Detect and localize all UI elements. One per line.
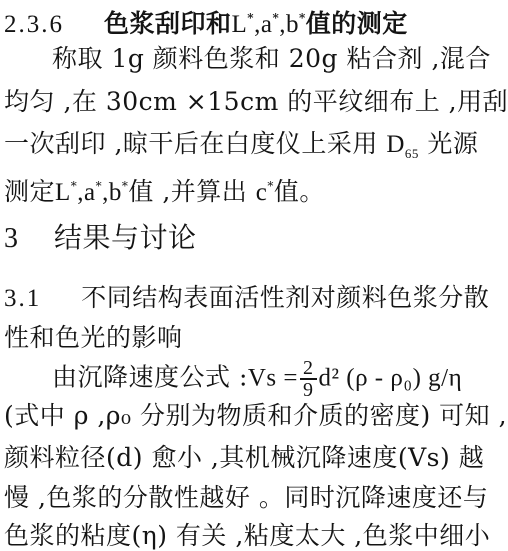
formula-line: 由沉降速度公式 :Vs =29d² (ρ - ρ₀) g/η xyxy=(52,358,462,400)
paragraph-line: 一次刮印 ,晾干后在白度仪上采用 D65 光源 xyxy=(4,128,478,170)
heading-text-pre: 色浆刮印和 xyxy=(104,9,232,38)
a-value: ,a xyxy=(77,179,95,206)
text: 值。 xyxy=(274,177,325,206)
section-3-heading: 3结果与讨论 xyxy=(4,222,197,255)
paragraph-line: 色浆的粘度(η) 有关 ,粘度太大 ,色浆中细小 xyxy=(4,520,490,551)
text: 光源 xyxy=(419,129,478,158)
heading-L: L xyxy=(232,11,248,38)
denominator: 9 xyxy=(300,380,317,400)
section-number: 3 xyxy=(4,223,20,254)
paragraph-line: 称取 1g 颜料色浆和 20g 粘合剂 ,混合 xyxy=(52,43,491,75)
section-title: 结果与讨论 xyxy=(54,221,197,254)
text: 由沉降速度公式 : xyxy=(52,363,248,392)
section-number: 2.3.6 xyxy=(4,11,64,38)
formula-lhs: Vs = xyxy=(248,365,298,392)
section-title: 不同结构表面活性剂对颜料色浆分散 xyxy=(81,283,489,312)
illuminant-D: D xyxy=(386,131,405,158)
superscript-star: * xyxy=(299,11,306,25)
text: 测定 xyxy=(4,177,55,206)
paragraph-line: 测定L*,a*,b*值 ,并算出 c*值。 xyxy=(4,170,325,209)
illuminant-subscript: 65 xyxy=(405,146,419,161)
section-number: 3.1 xyxy=(4,285,41,312)
heading-text-post: 值的测定 xyxy=(306,9,408,38)
section-3-1-heading: 3.1不同结构表面活性剂对颜料色浆分散 xyxy=(4,282,489,315)
heading-b: ,b xyxy=(279,11,299,38)
paragraph-line: 均匀 ,在 30cm ×15cm 的平纹细布上 ,用刮刀 xyxy=(4,86,508,118)
text: 一次刮印 ,晾干后在白度仪上采用 xyxy=(4,129,386,158)
c-value: c xyxy=(256,179,268,206)
heading-a: ,a xyxy=(254,11,272,38)
paragraph-line: (式中 ρ ,ρ₀ 分别为物质和介质的密度) 可知 , xyxy=(4,400,507,432)
section-2-3-6-heading: 2.3.6色浆刮印和L*,a*,b*值的测定 xyxy=(4,2,408,41)
b-value: ,b xyxy=(102,179,122,206)
fraction: 29 xyxy=(300,358,317,400)
L-value: L xyxy=(55,179,71,206)
paragraph-line: 颜料粒径(d) 愈小 ,其机械沉降速度(Vs) 越 xyxy=(4,442,484,474)
text: 值 ,并算出 xyxy=(128,177,255,206)
section-3-1-heading-cont: 性和色光的影响 xyxy=(4,322,183,354)
paragraph-line: 慢 ,色浆的分散性越好 。同时沉降速度还与 xyxy=(4,482,488,514)
numerator: 2 xyxy=(300,358,317,380)
formula-rhs: d² (ρ - ρ₀) g/η xyxy=(319,365,463,392)
